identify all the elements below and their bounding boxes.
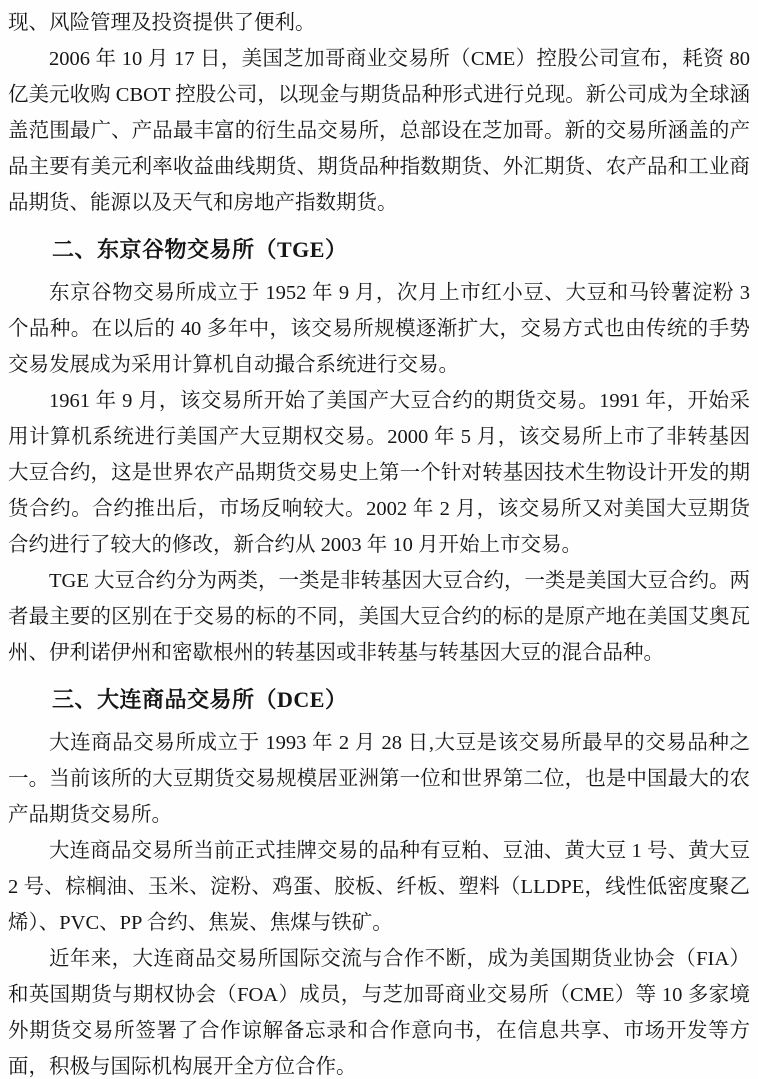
paragraph-tge-soybean-contracts: 1961 年 9 月，该交易所开始了美国产大豆合约的期货交易。1991 年，开始… [8, 383, 750, 563]
section-heading-tge: 二、东京谷物交易所（TGE） [8, 231, 750, 269]
paragraph-tge-history: 东京谷物交易所成立于 1952 年 9 月，次月上市红小豆、大豆和马铃薯淀粉 3… [8, 275, 750, 383]
section-heading-dce: 三、大连商品交易所（DCE） [8, 681, 750, 719]
paragraph-continuation: 现、风险管理及投资提供了便利。 [8, 5, 750, 41]
paragraph-dce-history: 大连商品交易所成立于 1993 年 2 月 28 日,大豆是该交易所最早的交易品… [8, 725, 750, 833]
paragraph-dce-cooperation: 近年来，大连商品交易所国际交流与合作不断，成为美国期货业协会（FIA）和英国期货… [8, 941, 750, 1079]
paragraph-dce-products: 大连商品交易所当前正式挂牌交易的品种有豆粕、豆油、黄大豆 1 号、黄大豆 2 号… [8, 833, 750, 941]
document-page: 现、风险管理及投资提供了便利。 2006 年 10 月 17 日，美国芝加哥商业… [0, 0, 758, 1079]
paragraph-cme-acquisition: 2006 年 10 月 17 日，美国芝加哥商业交易所（CME）控股公司宣布，耗… [8, 41, 750, 221]
paragraph-tge-contract-types: TGE 大豆合约分为两类，一类是非转基因大豆合约，一类是美国大豆合约。两者最主要… [8, 563, 750, 671]
